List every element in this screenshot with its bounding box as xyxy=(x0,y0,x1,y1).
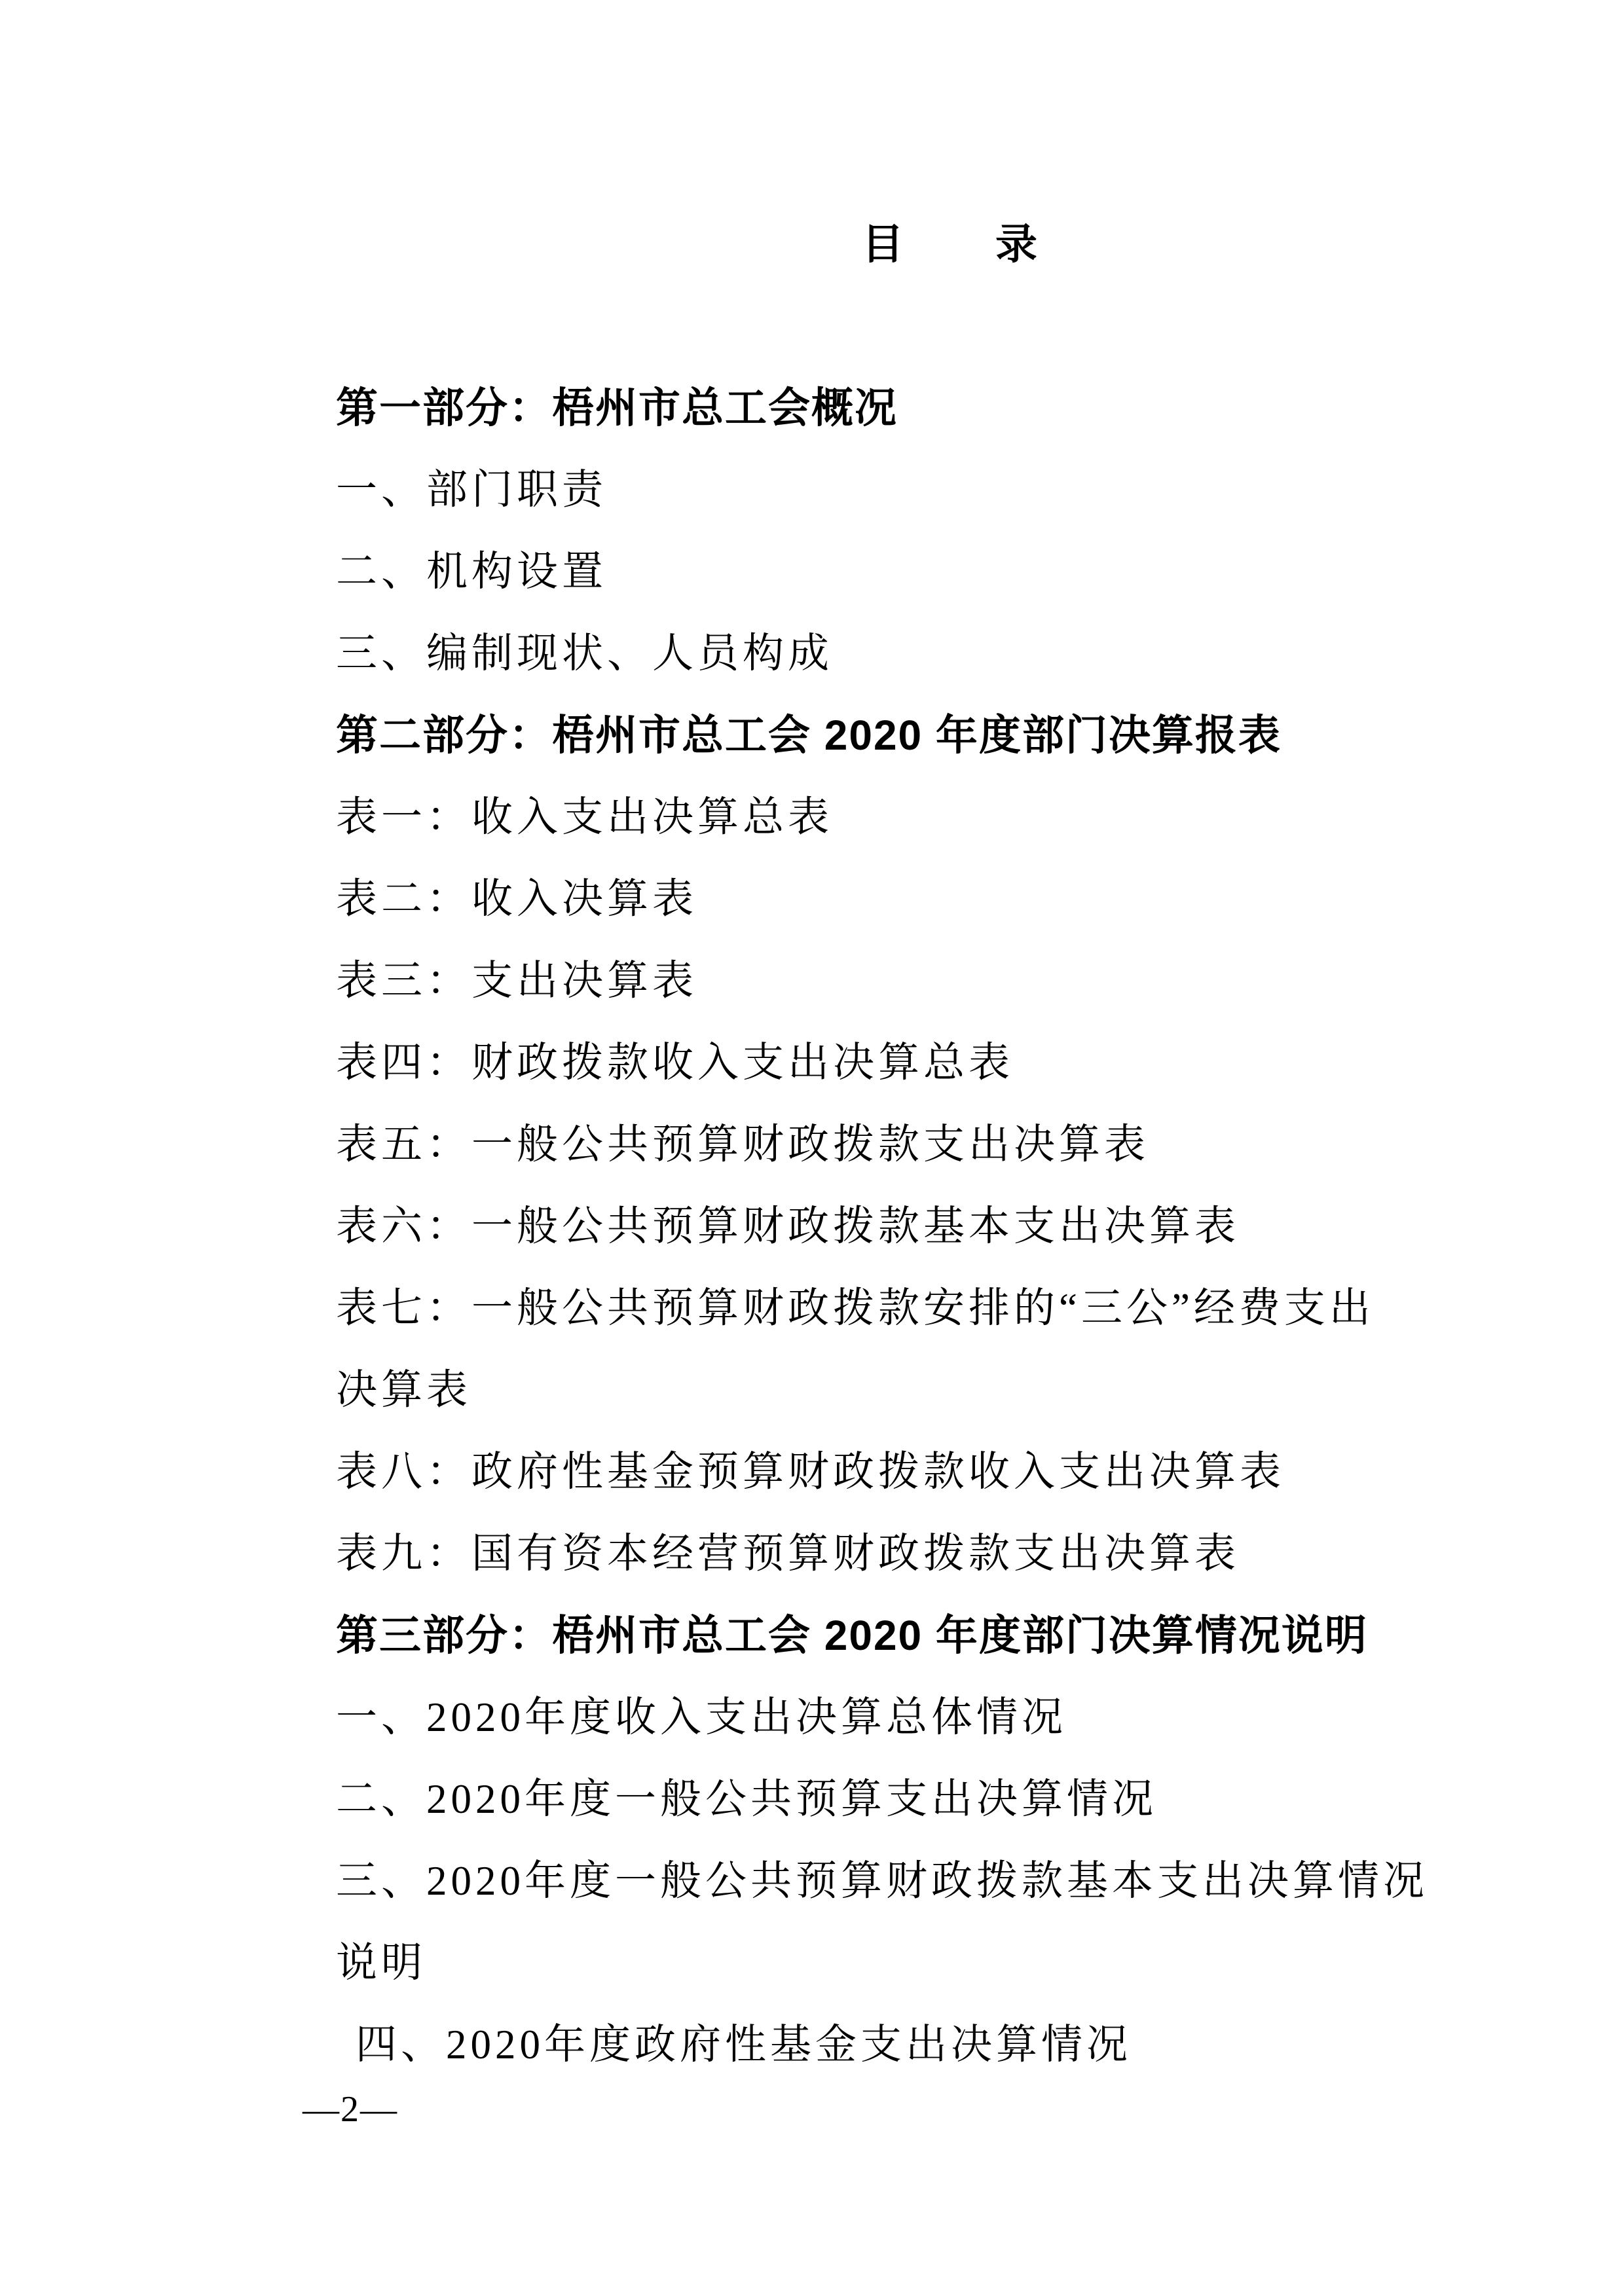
toc-part2-heading: 第二部分：梧州市总工会 2020 年度部门决算报表 xyxy=(336,695,1410,776)
toc-item-table9: 表九：国有资本经营预算财政拨款支出决算表 xyxy=(336,1513,1410,1595)
toc-item-table8: 表八：政府性基金预算财政拨款收入支出决算表 xyxy=(336,1431,1410,1513)
toc-part1-heading: 第一部分：梧州市总工会概况 xyxy=(336,367,1410,449)
document-page: 目 录 第一部分：梧州市总工会概况 一、部门职责 二、机构设置 三、编制现状、人… xyxy=(0,0,1624,2296)
toc-item-organization-setup: 二、机构设置 xyxy=(336,531,1410,613)
toc-item-table7: 表七：一般公共预算财政拨款安排的“三公”经费支出 xyxy=(336,1267,1410,1349)
toc-item-table4: 表四：财政拨款收入支出决算总表 xyxy=(336,1022,1410,1104)
toc-item-note3: 三、2020年度一般公共预算财政拨款基本支出决算情况 xyxy=(336,1840,1410,1922)
toc-title: 目 录 xyxy=(862,204,1410,285)
toc-item-note4: 四、2020年度政府性基金支出决算情况 xyxy=(356,2004,1410,2086)
toc-item-table7-continuation: 决算表 xyxy=(336,1349,1410,1431)
toc-item-note1: 一、2020年度收入支出决算总体情况 xyxy=(336,1677,1410,1758)
table-of-contents: 目 录 第一部分：梧州市总工会概况 一、部门职责 二、机构设置 三、编制现状、人… xyxy=(336,204,1410,2086)
toc-item-department-duties: 一、部门职责 xyxy=(336,449,1410,531)
toc-item-note2: 二、2020年度一般公共预算支出决算情况 xyxy=(336,1758,1410,1840)
toc-item-note3-continuation: 说明 xyxy=(336,1922,1410,2004)
blank-line xyxy=(336,285,1410,367)
toc-item-staffing-composition: 三、编制现状、人员构成 xyxy=(336,613,1410,695)
toc-item-table6: 表六：一般公共预算财政拨款基本支出决算表 xyxy=(336,1186,1410,1267)
toc-item-table3: 表三：支出决算表 xyxy=(336,940,1410,1022)
toc-item-table1: 表一：收入支出决算总表 xyxy=(336,776,1410,858)
toc-part3-heading: 第三部分：梧州市总工会 2020 年度部门决算情况说明 xyxy=(336,1595,1410,1677)
page-number: —2— xyxy=(303,2088,398,2130)
toc-item-table2: 表二：收入决算表 xyxy=(336,858,1410,940)
toc-item-table5: 表五：一般公共预算财政拨款支出决算表 xyxy=(336,1104,1410,1186)
